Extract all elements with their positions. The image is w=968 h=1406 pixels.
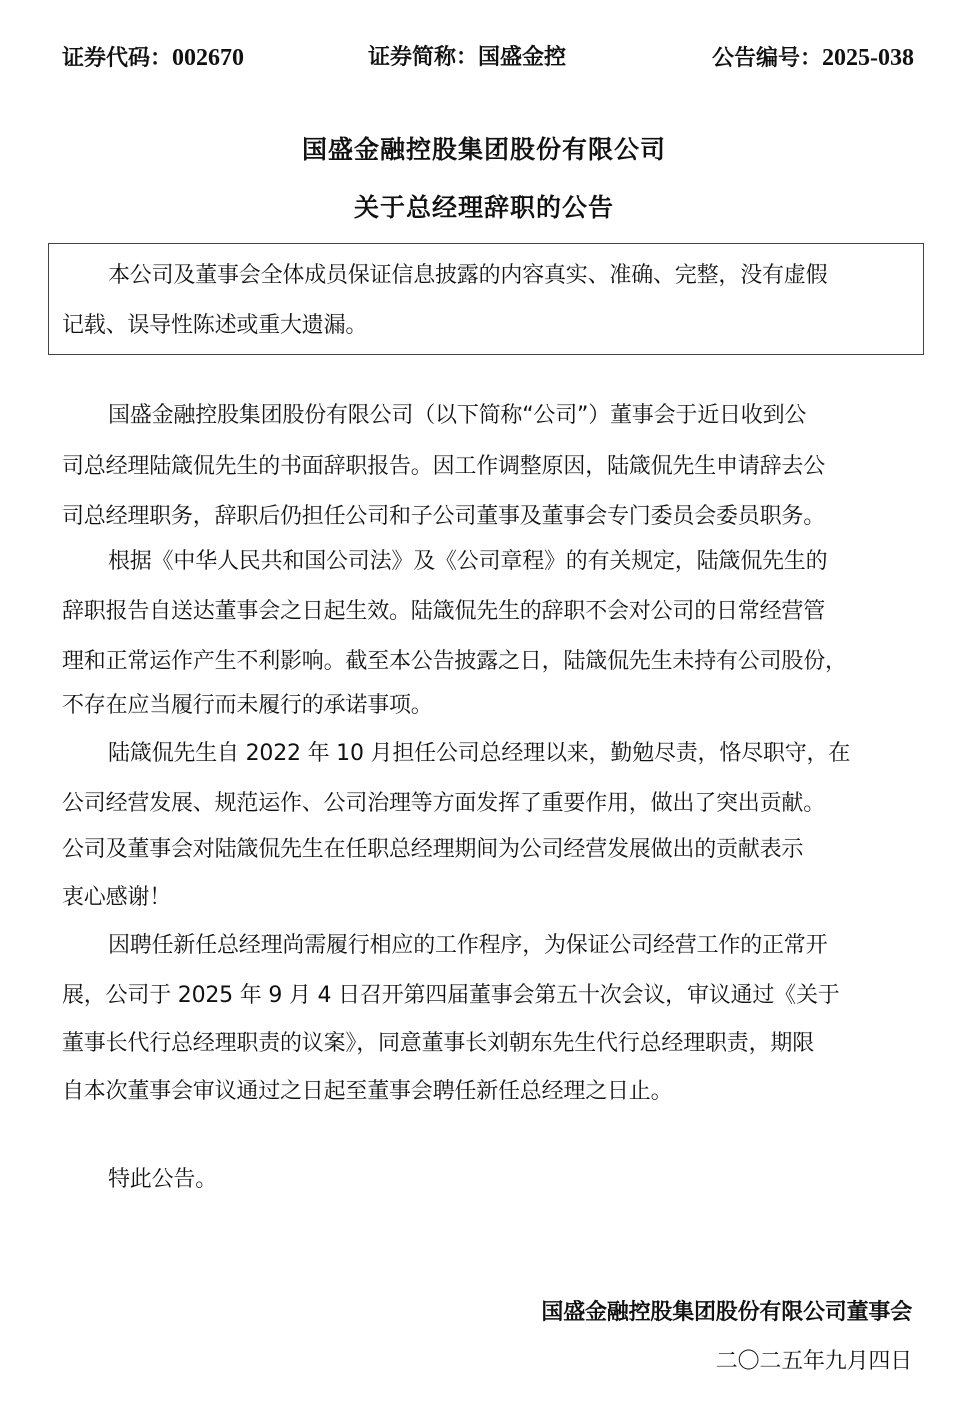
announcement-page: 证券代码：002670 证券简称：国盛金控 公告编号：2025-038 国盛金融… [0,0,968,1406]
paragraph-line: 因聘任新任总经理尚需履行相应的工作程序，为保证公司经营工作的正常开 [108,929,914,963]
stock-abbr-label: 证券简称： [368,45,478,70]
paragraph-line: 自本次董事会审议通过之日起至董事会聘任新任总经理之日止。 [62,1075,914,1109]
notice-number-value: 2025-038 [822,45,914,71]
stock-code-value: 002670 [172,45,244,71]
paragraph-line: 董事长代行总经理职责的议案》，同意董事长刘朝东先生代行总经理职责，期限 [62,1027,914,1061]
paragraph-line: 根据《中华人民共和国公司法》及《公司章程》的有关规定，陆箴侃先生的 [108,545,914,579]
closing-statement: 特此公告。 [108,1163,914,1197]
paragraph-line: 衷心感谢！ [62,881,914,915]
paragraph-line: 辞职报告自送达董事会之日起生效。陆箴侃先生的辞职不会对公司的日常经营管 [62,595,914,629]
stock-code-label: 证券代码： [62,46,172,71]
paragraph-line: 陆箴侃先生自 2022 年 10 月担任公司总经理以来，勤勉尽责，恪尽职守，在 [108,737,914,771]
stock-abbr: 证券简称：国盛金控 [368,40,566,76]
paragraph-line: 司总经理职务，辞职后仍担任公司和子公司董事及董事会专门委员会委员职务。 [62,500,914,534]
paragraph-line: 展，公司于 2025 年 9 月 4 日召开第四届董事会第五十次会议，审议通过《… [62,979,914,1013]
stock-code: 证券代码：002670 [62,40,244,77]
paragraph-line: 公司及董事会对陆箴侃先生在任职总经理期间为公司经营发展做出的贡献表示 [62,833,914,867]
disclaimer-line: 本公司及董事会全体成员保证信息披露的内容真实、准确、完整，没有虚假 [108,259,914,293]
disclaimer-line: 记载、误导性陈述或重大遗漏。 [62,309,914,343]
signature-issuer: 国盛金融控股集团股份有限公司董事会 [541,1296,912,1330]
announcement-title: 关于总经理辞职的公告 [0,190,968,226]
stock-abbr-value: 国盛金控 [478,45,566,70]
notice-number: 公告编号：2025-038 [712,40,914,77]
paragraph-line: 国盛金融控股集团股份有限公司（以下简称“公司”）董事会于近日收到公 [108,399,914,433]
company-title: 国盛金融控股集团股份有限公司 [0,132,968,168]
paragraph-line: 司总经理陆箴侃先生的书面辞职报告。因工作调整原因，陆箴侃先生申请辞去公 [62,450,914,484]
paragraph-line: 公司经营发展、规范运作、公司治理等方面发挥了重要作用，做出了突出贡献。 [62,787,914,821]
paragraph-line: 理和正常运作产生不利影响。截至本公告披露之日，陆箴侃先生未持有公司股份， [62,645,914,679]
header-row: 证券代码：002670 证券简称：国盛金控 公告编号：2025-038 [62,40,914,76]
signature-date: 二〇二五年九月四日 [716,1345,912,1379]
paragraph-line: 不存在应当履行而未履行的承诺事项。 [62,689,914,723]
notice-number-label: 公告编号： [712,46,822,71]
